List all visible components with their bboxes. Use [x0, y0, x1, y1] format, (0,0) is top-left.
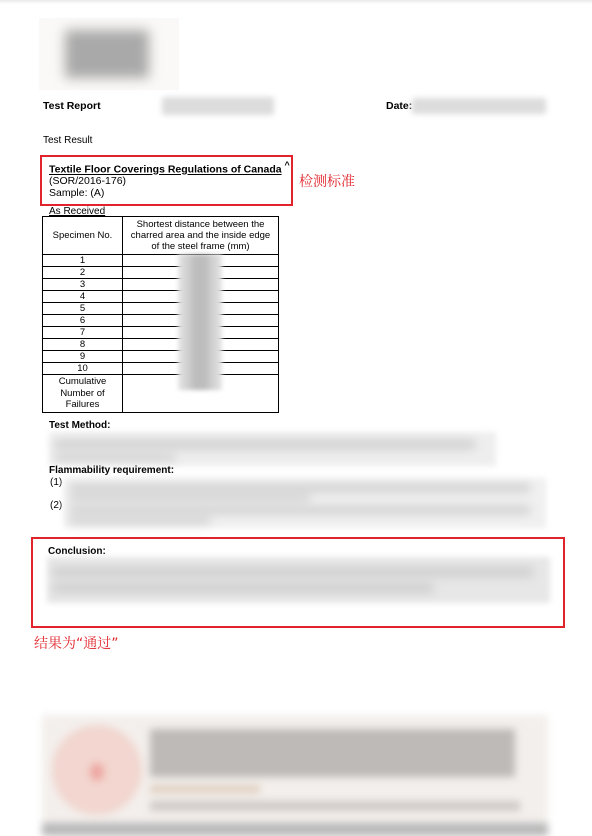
table-footer-row: Cumulative Number of Failures	[43, 375, 279, 413]
specimen-no: 7	[43, 327, 123, 339]
test-result-label: Test Result	[43, 135, 92, 146]
standard-annotation: 检测标准	[299, 171, 355, 191]
flammability-item-num: (1)	[50, 477, 62, 488]
company-logo	[39, 18, 179, 90]
date-label: Date:	[386, 100, 412, 112]
results-table: Specimen No. Shortest distance between t…	[42, 216, 279, 413]
specimen-no: 5	[43, 303, 123, 315]
page-top-shadow	[0, 0, 592, 4]
report-number-redacted	[162, 97, 274, 115]
sample-label: Sample: (A)	[49, 188, 290, 200]
cumulative-failures-label: Cumulative Number of Failures	[43, 375, 123, 413]
standard-code: (SOR/2016-176)	[49, 176, 290, 188]
conclusion-text-redacted	[47, 557, 550, 603]
specimen-no: 3	[43, 279, 123, 291]
conclusion-label: Conclusion:	[48, 546, 106, 557]
flammability-text-redacted	[64, 478, 546, 528]
date-value-redacted	[412, 98, 546, 114]
header-specimen: Specimen No.	[43, 217, 123, 255]
table-row: 3	[43, 279, 279, 291]
test-method-label: Test Method:	[49, 420, 110, 431]
test-method-text-redacted	[49, 432, 496, 466]
standard-title: Textile Floor Coverings Regulations of C…	[49, 164, 282, 176]
seal-stamp	[52, 725, 142, 815]
specimen-no: 6	[43, 315, 123, 327]
table-row: 8	[43, 339, 279, 351]
specimen-no: 9	[43, 351, 123, 363]
standard-marker: ^	[285, 160, 290, 170]
table-row: 1	[43, 255, 279, 267]
table-values-redacted	[178, 254, 222, 390]
table-row: 9	[43, 351, 279, 363]
specimen-no: 2	[43, 267, 123, 279]
table-row: 4	[43, 291, 279, 303]
header-distance: Shortest distance between the charred ar…	[123, 217, 279, 255]
footer-redacted	[42, 715, 548, 836]
logo-blurred-image	[65, 30, 149, 78]
table-row: 5	[43, 303, 279, 315]
flammability-label: Flammability requirement:	[49, 465, 174, 476]
test-report-label: Test Report	[43, 100, 101, 112]
conclusion-annotation: 结果为“通过”	[34, 633, 119, 653]
table-row: 6	[43, 315, 279, 327]
specimen-no: 10	[43, 363, 123, 375]
specimen-no: 4	[43, 291, 123, 303]
table-row: 10	[43, 363, 279, 375]
flammability-item-num: (2)	[50, 500, 62, 511]
standard-block: Textile Floor Coverings Regulations of C…	[49, 160, 290, 199]
specimen-no: 1	[43, 255, 123, 267]
table-row: 2	[43, 267, 279, 279]
table-row: 7	[43, 327, 279, 339]
specimen-no: 8	[43, 339, 123, 351]
